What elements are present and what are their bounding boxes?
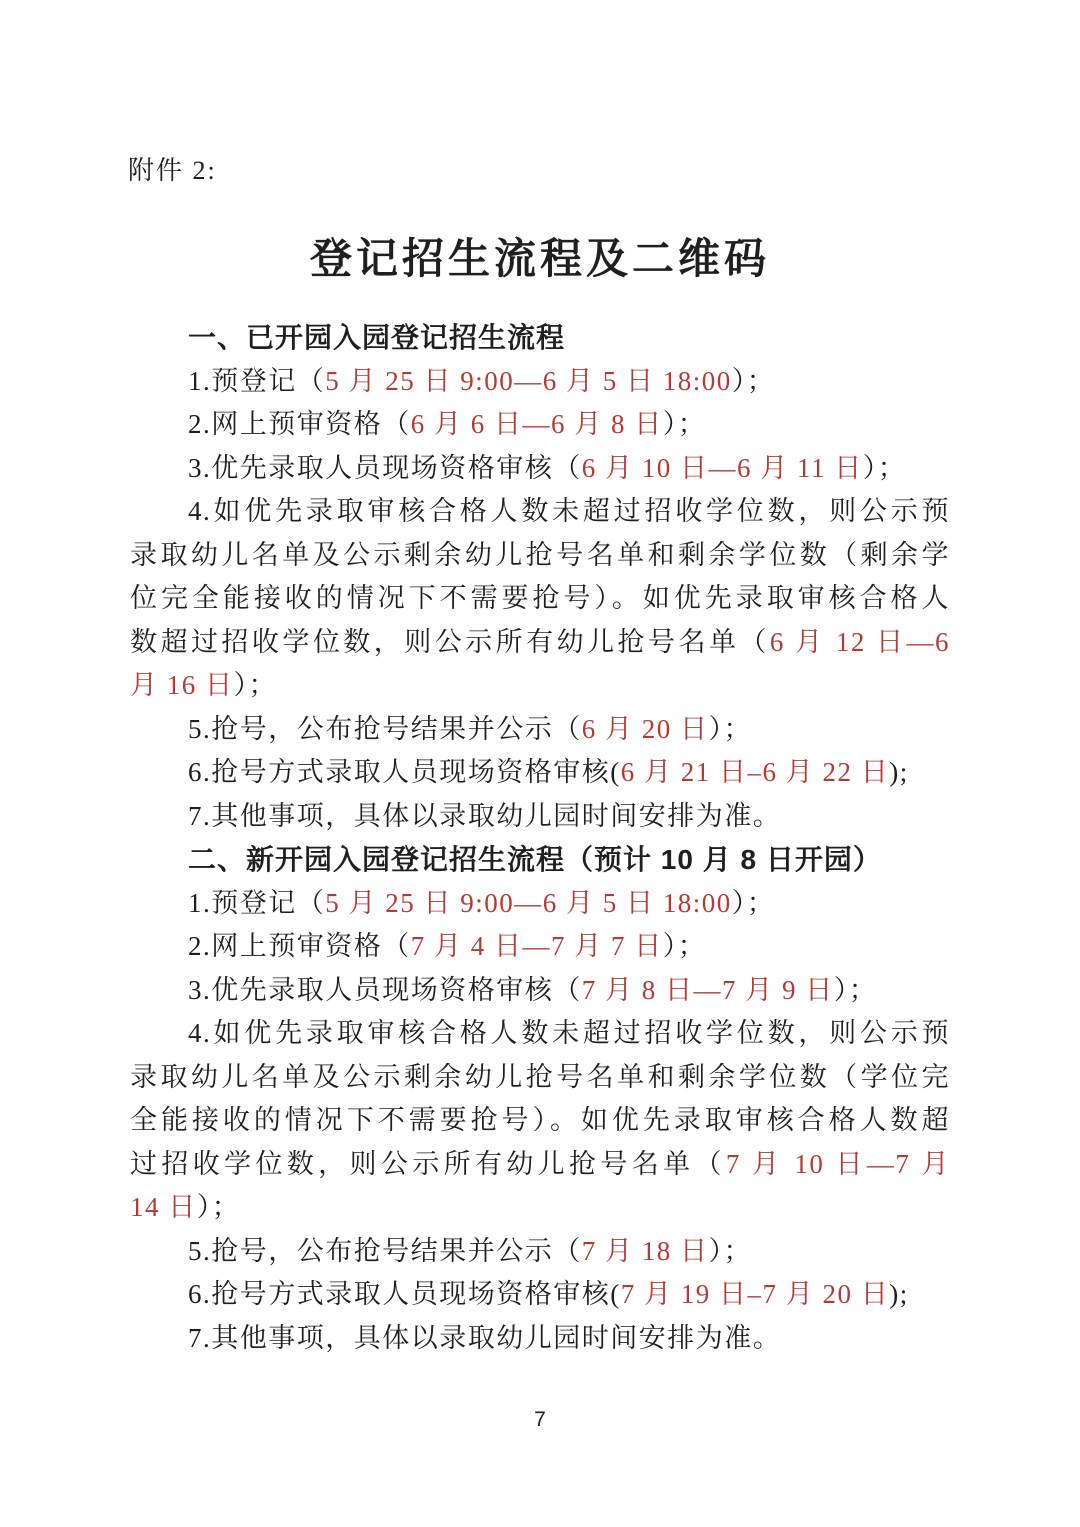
document-line: 7.其他事项，具体以录取幼儿园时间安排为准。 bbox=[130, 795, 950, 839]
text-run: ）； bbox=[732, 366, 776, 396]
document-line: 全能接收的情况下不需要抢号）。如优先录取审核合格人数超 bbox=[130, 1099, 950, 1143]
document-line: 4.如优先录取审核合格人数未超过招收学位数，则公示预 bbox=[130, 1012, 950, 1056]
date-highlight: 月 16 日 bbox=[130, 670, 234, 700]
document-line: 3.优先录取人员现场资格审核（6 月 10 日—6 月 11 日）； bbox=[130, 447, 950, 491]
document-line: 月 16 日）； bbox=[130, 664, 950, 708]
document-line: 过招收学位数，则公示所有幼儿抢号名单（7 月 10 日—7 月 bbox=[130, 1143, 950, 1187]
attachment-label: 附件 2: bbox=[128, 150, 217, 187]
document-line: 录取幼儿名单及公示剩余幼儿抢号名单和剩余学位数（剩余学 bbox=[130, 534, 950, 578]
document-line: 位完全能接收的情况下不需要抢号）。如优先录取审核合格人 bbox=[130, 577, 950, 621]
date-highlight: 14 日 bbox=[130, 1192, 197, 1222]
text-run: 7.其他事项，具体以录取幼儿园时间安排为准。 bbox=[188, 1323, 781, 1353]
text-run: 录取幼儿名单及公示剩余幼儿抢号名单和剩余学位数（学位完 bbox=[130, 1062, 950, 1092]
document-page: 附件 2: 登记招生流程及二维码 一、已开园入园登记招生流程1.预登记（5 月 … bbox=[0, 0, 1080, 1527]
text-run: ）； bbox=[732, 888, 776, 918]
date-highlight: 6 月 6 日—6 月 8 日 bbox=[411, 409, 663, 439]
text-run: 全能接收的情况下不需要抢号）。如优先录取审核合格人数超 bbox=[130, 1105, 950, 1135]
text-run: 5.抢号，公布抢号结果并公示（ bbox=[188, 714, 582, 744]
text-run: 过招收学位数，则公示所有幼儿抢号名单（ bbox=[130, 1149, 726, 1179]
document-line: 录取幼儿名单及公示剩余幼儿抢号名单和剩余学位数（学位完 bbox=[130, 1056, 950, 1100]
text-run: 录取幼儿名单及公示剩余幼儿抢号名单和剩余学位数（剩余学 bbox=[130, 540, 950, 570]
date-highlight: 7 月 10 日—7 月 bbox=[726, 1149, 950, 1179]
text-run: ）； bbox=[709, 1236, 753, 1266]
document-line: 6.抢号方式录取人员现场资格审核(6 月 21 日–6 月 22 日); bbox=[130, 751, 950, 795]
document-line: 6.抢号方式录取人员现场资格审核(7 月 19 日–7 月 20 日); bbox=[130, 1273, 950, 1317]
text-run: 2.网上预审资格（ bbox=[188, 409, 411, 439]
document-line: 14 日）； bbox=[130, 1186, 950, 1230]
section-heading-1: 一、已开园入园登记招生流程 bbox=[130, 316, 950, 360]
date-highlight: 6 月 21 日–6 月 22 日 bbox=[621, 757, 890, 787]
document-line: 5.抢号，公布抢号结果并公示（7 月 18 日）； bbox=[130, 1230, 950, 1274]
document-line: 2.网上预审资格（6 月 6 日—6 月 8 日）； bbox=[130, 403, 950, 447]
date-highlight: 7 月 18 日 bbox=[582, 1236, 709, 1266]
page-title: 登记招生流程及二维码 bbox=[0, 226, 1080, 286]
page-number: 7 bbox=[0, 1408, 1080, 1432]
document-line: 3.优先录取人员现场资格审核（7 月 8 日—7 月 9 日）； bbox=[130, 969, 950, 1013]
document-line: 1.预登记（5 月 25 日 9:00—6 月 5 日 18:00）； bbox=[130, 360, 950, 404]
document-line: 2.网上预审资格（7 月 4 日—7 月 7 日）； bbox=[130, 925, 950, 969]
text-run: 3.优先录取人员现场资格审核（ bbox=[188, 453, 582, 483]
document-line: 7.其他事项，具体以录取幼儿园时间安排为准。 bbox=[130, 1317, 950, 1361]
date-highlight: 5 月 25 日 9:00—6 月 5 日 18:00 bbox=[325, 366, 732, 396]
text-run: 7.其他事项，具体以录取幼儿园时间安排为准。 bbox=[188, 801, 781, 831]
date-highlight: 6 月 20 日 bbox=[582, 714, 709, 744]
text-run: 5.抢号，公布抢号结果并公示（ bbox=[188, 1236, 582, 1266]
document-body: 一、已开园入园登记招生流程1.预登记（5 月 25 日 9:00—6 月 5 日… bbox=[130, 316, 950, 1360]
text-run: ）； bbox=[863, 453, 907, 483]
text-run: ）； bbox=[663, 409, 707, 439]
document-line: 5.抢号，公布抢号结果并公示（6 月 20 日）； bbox=[130, 708, 950, 752]
text-run: ）； bbox=[234, 670, 278, 700]
text-run: ）； bbox=[834, 975, 878, 1005]
text-run: ); bbox=[889, 1279, 909, 1309]
text-run: ）； bbox=[663, 931, 707, 961]
document-line: 1.预登记（5 月 25 日 9:00—6 月 5 日 18:00）； bbox=[130, 882, 950, 926]
text-run: ）； bbox=[197, 1192, 241, 1222]
text-run: 3.优先录取人员现场资格审核（ bbox=[188, 975, 582, 1005]
date-highlight: 7 月 4 日—7 月 7 日 bbox=[411, 931, 663, 961]
text-run: 数超过招收学位数，则公示所有幼儿抢号名单（ bbox=[130, 627, 770, 657]
text-run: 位完全能接收的情况下不需要抢号）。如优先录取审核合格人 bbox=[130, 583, 950, 613]
document-line: 数超过招收学位数，则公示所有幼儿抢号名单（6 月 12 日—6 bbox=[130, 621, 950, 665]
text-run: 6.抢号方式录取人员现场资格审核( bbox=[188, 757, 621, 787]
date-highlight: 6 月 10 日—6 月 11 日 bbox=[582, 453, 863, 483]
text-run: 4.如优先录取审核合格人数未超过招收学位数，则公示预 bbox=[188, 1018, 950, 1048]
text-run: ); bbox=[889, 757, 909, 787]
section-heading-2: 二、新开园入园登记招生流程（预计 10 月 8 日开园） bbox=[130, 838, 950, 882]
text-run: 4.如优先录取审核合格人数未超过招收学位数，则公示预 bbox=[188, 496, 950, 526]
date-highlight: 7 月 8 日—7 月 9 日 bbox=[582, 975, 834, 1005]
text-run: 1.预登记（ bbox=[188, 888, 325, 918]
text-run: 1.预登记（ bbox=[188, 366, 325, 396]
date-highlight: 5 月 25 日 9:00—6 月 5 日 18:00 bbox=[325, 888, 732, 918]
text-run: 2.网上预审资格（ bbox=[188, 931, 411, 961]
date-highlight: 7 月 19 日–7 月 20 日 bbox=[621, 1279, 890, 1309]
date-highlight: 6 月 12 日—6 bbox=[770, 627, 950, 657]
document-line: 4.如优先录取审核合格人数未超过招收学位数，则公示预 bbox=[130, 490, 950, 534]
text-run: 6.抢号方式录取人员现场资格审核( bbox=[188, 1279, 621, 1309]
text-run: ）； bbox=[709, 714, 753, 744]
